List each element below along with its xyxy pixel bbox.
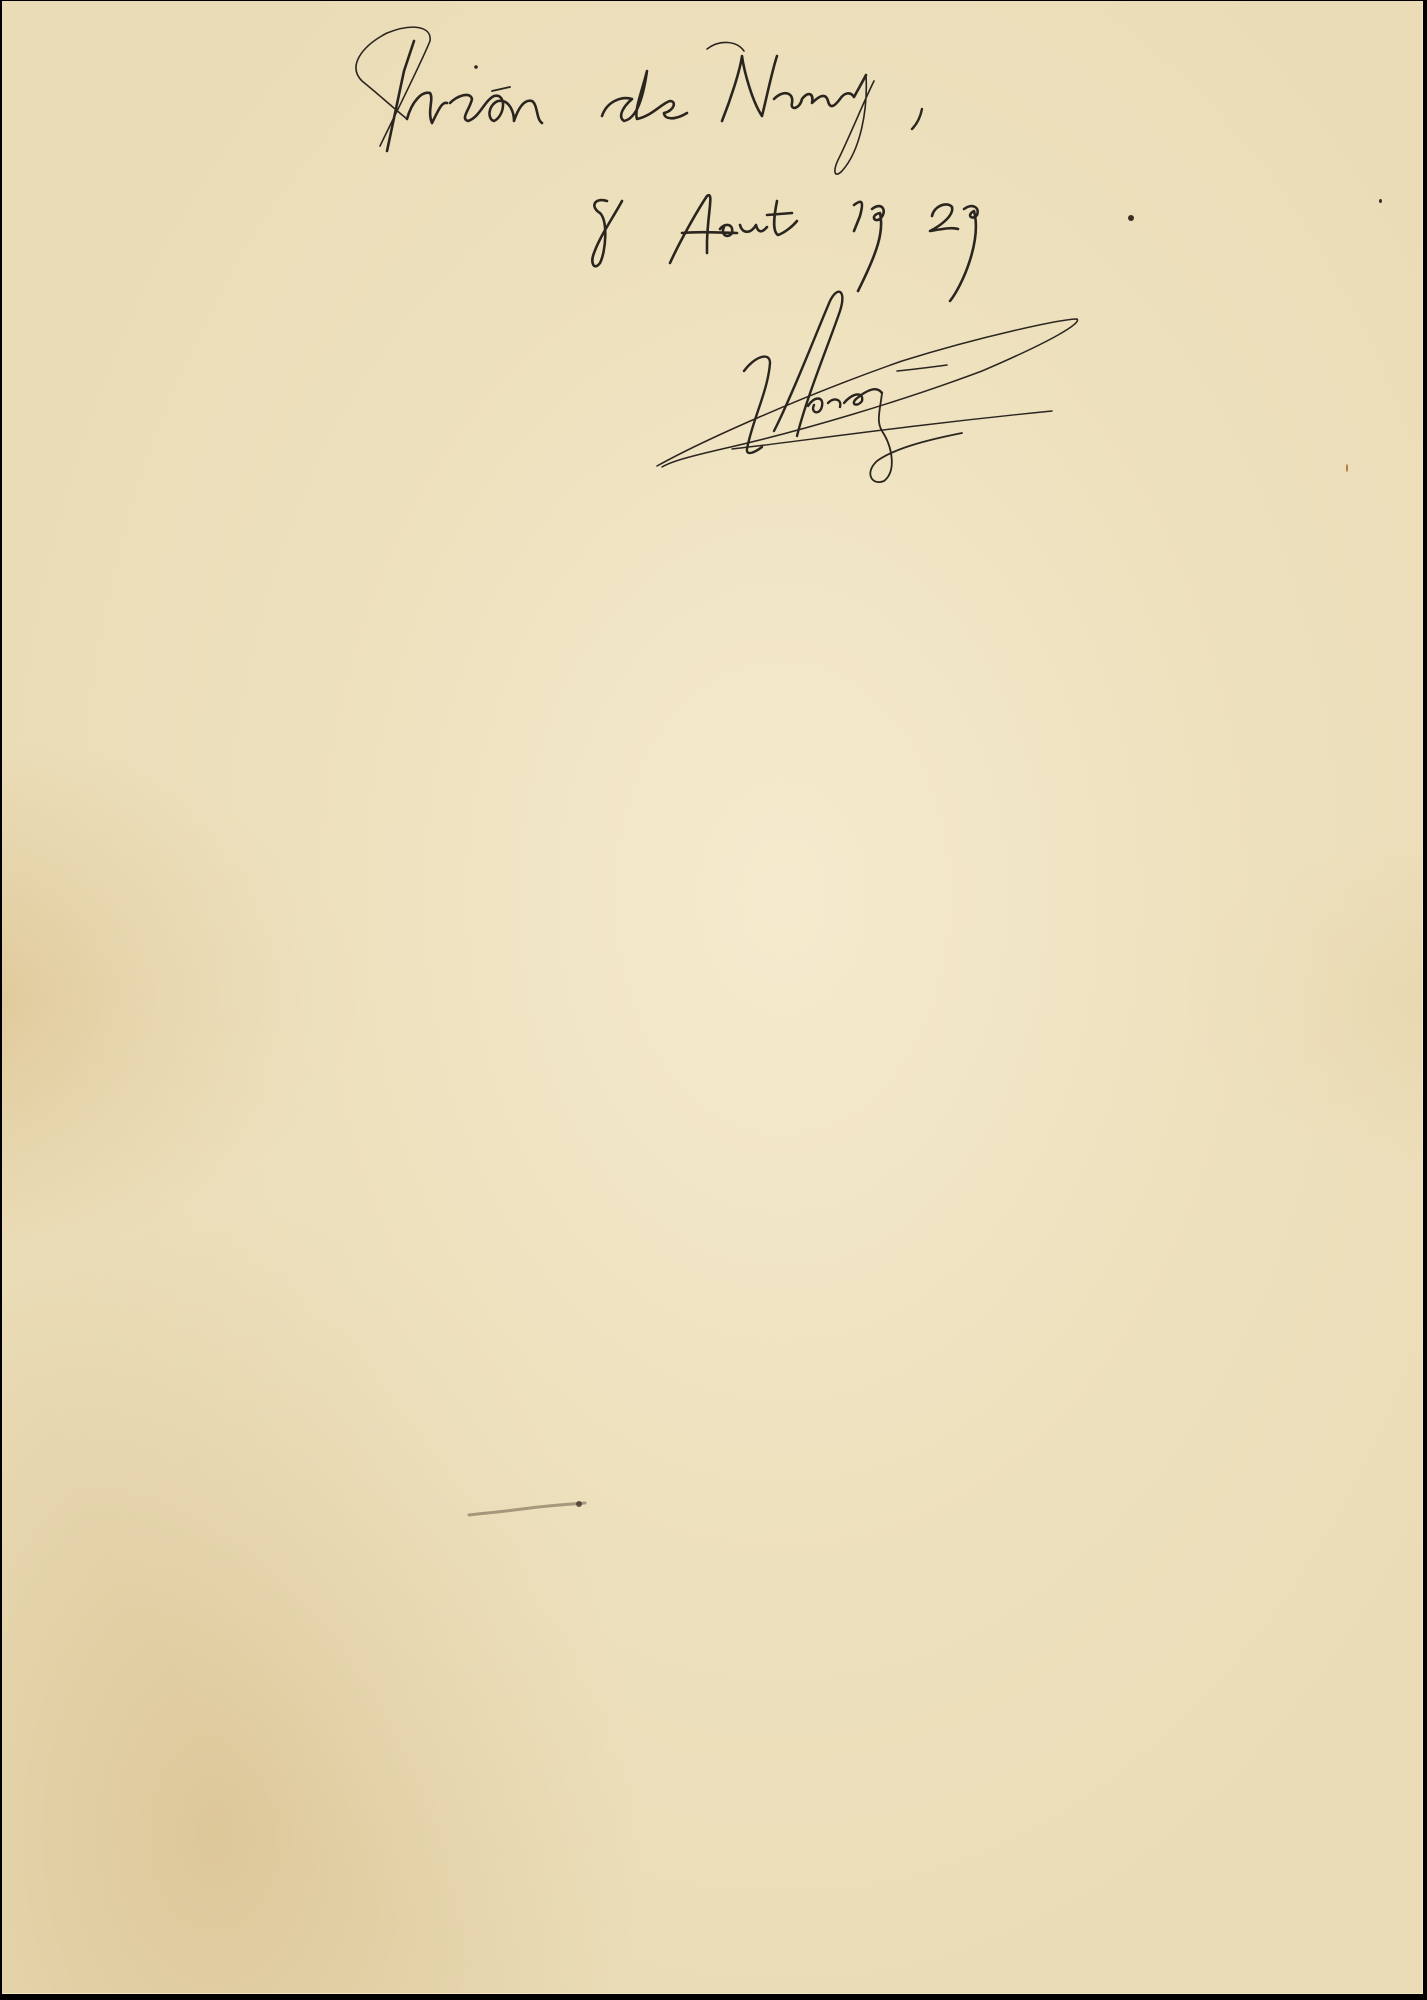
- place-line-strokes: [356, 27, 922, 174]
- signature-strokes: [657, 292, 1078, 482]
- paper-page: Prison de Nancy, 8 Août 1929 Thorez: [2, 1, 1423, 1994]
- ink-speck: [1379, 199, 1382, 203]
- date-line-strokes: [592, 195, 977, 301]
- ink-speck: [1128, 215, 1134, 221]
- handwriting-strokes: [2, 1, 1422, 521]
- handwritten-inscription: Prison de Nancy, 8 Août 1929 Thorez: [2, 1, 1422, 521]
- ink-speck: [1346, 464, 1348, 472]
- pencil-smudge: [467, 1501, 592, 1519]
